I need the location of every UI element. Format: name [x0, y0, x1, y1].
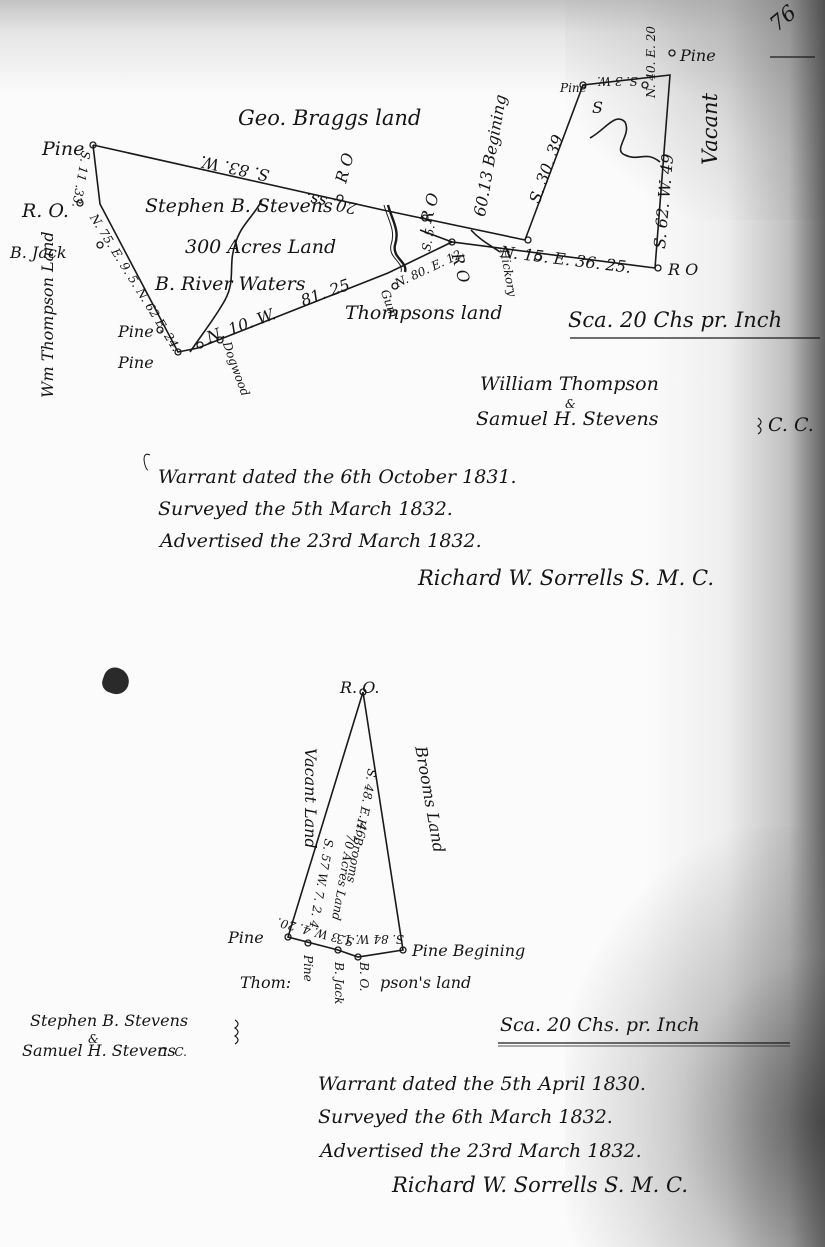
plat2-corner-pine-w: Pine	[228, 930, 264, 946]
plat2-advertised-date: Advertised the 23rd March 1832.	[320, 1142, 642, 1161]
plat1-corner-pine-sw1: Pine	[118, 324, 154, 340]
plat2-corner-bjack: B. Jack	[333, 962, 345, 1004]
plat2-corner-bo: B. O.	[358, 962, 370, 991]
plat1-corner-ro-west: R. O.	[22, 202, 69, 221]
plat1-creek-east	[590, 119, 660, 162]
plat2-adjoining-south-right: pson's land	[380, 975, 471, 991]
plat2-surveyor-signature: Richard W. Sorrells S. M. C.	[392, 1175, 688, 1196]
plat1-advertised-date: Advertised the 23rd March 1832.	[160, 532, 482, 551]
plat1-adjoining-west-corner: B. Jack	[10, 245, 67, 261]
plat1-corner-ro-east: R O	[668, 262, 698, 278]
plat1-surveyor-signature: Richard W. Sorrells S. M. C.	[418, 568, 714, 589]
plat2-scale: Sca. 20 Chs. pr. Inch	[500, 1016, 700, 1035]
plat2-corner-top: R. O.	[340, 680, 379, 696]
plat1-corner-pine-top: Pine	[560, 82, 587, 94]
plat1-river	[388, 205, 405, 272]
plat1-corner-pine-ne: Pine	[680, 48, 716, 64]
plat1-surveyed-date: Surveyed the 5th March 1832.	[158, 500, 453, 519]
plat1-waters: B. River Waters	[155, 275, 305, 294]
plat1-adjoining-east: Vacant	[700, 93, 721, 165]
plat1-call-top-b: N. 40. E. 20	[645, 26, 657, 98]
plat1-adjoining-north: Geo. Braggs land	[238, 108, 421, 129]
plat1-chain-carrier-2: Samuel H. Stevens	[476, 410, 658, 429]
plat1-acres: 300 Acres Land	[185, 238, 336, 257]
plat2-adjoining-south-left: Thom:	[240, 975, 291, 991]
plat1-corner-pine-sw2: Pine	[118, 355, 154, 371]
plat2-chain-carrier-2: Samuel H. Stevens	[22, 1043, 176, 1059]
plat2-corner-pine-s: Pine	[302, 955, 314, 982]
plat1-chain-carrier-1: William Thompson	[480, 375, 659, 394]
plat1-adjoining-south: Thompsons land	[345, 304, 503, 323]
plat2-warrant-date: Warrant dated the 5th April 1830.	[318, 1075, 646, 1094]
plat2-adjoining-west: Vacant Land	[302, 748, 318, 849]
plat1-call-diag-2: S	[592, 100, 603, 116]
plat2-chain-carrier-suffix: C. C.	[158, 1046, 187, 1058]
scanned-document-page: 76 Geo. Braggs land Thompsons land Vacan…	[0, 0, 825, 1247]
plat2-corner-pine-e: Pine Begining	[412, 943, 525, 959]
plat2-surveyed-date: Surveyed the 6th March 1832.	[318, 1108, 613, 1127]
plat1-call-top: S. 3 W.	[597, 75, 638, 87]
plat1-scale: Sca. 20 Chs pr. Inch	[568, 310, 782, 331]
plat1-warrant-date: Warrant dated the 6th October 1831.	[158, 468, 517, 487]
plat1-chain-carrier-suffix: C. C.	[768, 416, 814, 435]
plat2-chain-carrier-1: Stephen B. Stevens	[30, 1013, 188, 1029]
